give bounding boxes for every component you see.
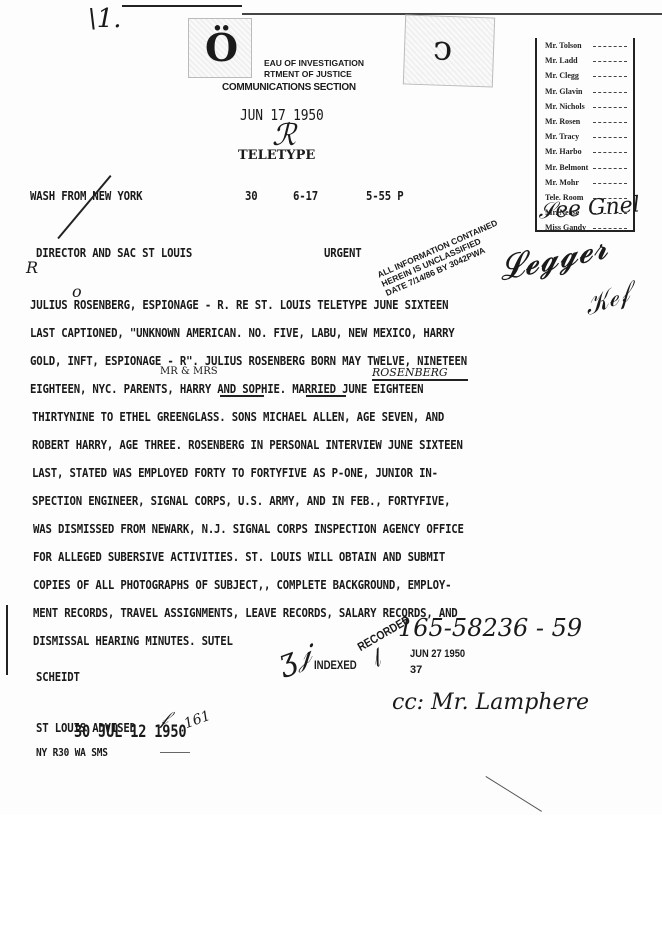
routing-row: Mr. Ladd	[537, 53, 633, 68]
handwritten-mark: ʒ𝒿	[273, 635, 316, 679]
indexed-number: 37	[410, 664, 422, 676]
body-line: COPIES OF ALL PHOTOGRAPHS OF SUBJECT,, C…	[33, 577, 451, 592]
body-line: WAS DISMISSED FROM NEWARK, N.J. SIGNAL C…	[33, 521, 464, 536]
slash-mark	[57, 175, 111, 239]
addressee: DIRECTOR AND SAC ST LOUIS	[36, 245, 192, 260]
body-line: EIGHTEEN, NYC. PARENTS, HARRY AND SOPHIE…	[30, 381, 423, 396]
stamp-glyph-icon: Ö	[205, 25, 238, 70]
handwritten-number: 161	[182, 708, 213, 732]
margin-bar	[6, 605, 8, 675]
message-time: 5-55 P	[366, 188, 403, 203]
body-line: DISMISSAL HEARING MINUTES. SUTEL	[33, 633, 233, 648]
parents-annotation: MR & MRS	[160, 366, 218, 377]
underline-sophie	[306, 395, 346, 397]
body-line: JULIUS ROSENBERG, ESPIONAGE - R. RE ST. …	[30, 297, 448, 312]
body-line: MENT RECORDS, TRAVEL ASSIGNMENTS, LEAVE …	[33, 605, 458, 620]
rosenberg-annotation: ROSENBERG	[372, 366, 448, 379]
routing-row: Mr. Belmont	[537, 160, 633, 175]
body-line: FOR ALLEGED SUBERSIVE ACTIVITIES. ST. LO…	[33, 549, 445, 564]
handwritten-initials: 𝒦ℯ𝒻	[580, 278, 634, 323]
bureau-name: EAU OF INVESTIGATION	[264, 58, 364, 68]
body-line: THIRTYNINE TO ETHEL GREENGLASS. SONS MIC…	[32, 409, 444, 424]
body-line: LAST, STATED WAS EMPLOYED FORTY TO FORTY…	[32, 465, 438, 480]
underline-rosenberg	[372, 379, 468, 381]
dash-mark	[160, 752, 190, 753]
routing-row: Mr. Nichols	[537, 99, 633, 114]
handwritten-mark: o	[72, 282, 82, 301]
indexed-date: JUN 27 1950	[410, 648, 465, 660]
body-line: LAST CAPTIONED, "UNKNOWN AMERICAN. NO. F…	[30, 325, 455, 340]
message-number: 30	[245, 188, 257, 203]
file-number: 165-58236 - 59	[398, 614, 582, 642]
top-rule	[122, 5, 242, 7]
priority: URGENT	[324, 245, 361, 260]
routing-row: Mr. Clegg	[537, 68, 633, 83]
signature: SCHEIDT	[36, 669, 80, 684]
advised-date-stamp: 30 JUL 12 1950	[74, 722, 186, 742]
cc-note: cc: Mr. Lamphere	[392, 690, 589, 715]
department-name: RTMENT OF JUSTICE	[264, 69, 352, 79]
route-line: WASH FROM NEW YORK	[30, 188, 142, 203]
stamp-glyph-icon: ↄ	[432, 28, 452, 69]
routing-row: Mr. Mohr	[537, 175, 633, 190]
routing-row: Mr. Tracy	[537, 129, 633, 144]
routing-code: NY R30 WA SMS	[36, 746, 108, 759]
handwritten-signature: 𝓛𝓮𝓰𝓰𝓮𝓻	[495, 227, 611, 289]
routing-row: Mr. Tolson	[537, 38, 633, 53]
top-rule-right	[242, 13, 662, 15]
routing-row: Mr. Harbo	[537, 144, 633, 159]
declassification-stamp: ALL INFORMATION CONTAINED HEREIN IS UNCL…	[376, 218, 507, 298]
corner-mark: \1.	[88, 4, 122, 34]
file-stamp-box: ↄ	[403, 14, 495, 87]
handwritten-mark: 𝓁	[365, 649, 387, 673]
teletype-label: TELETYPE	[238, 148, 315, 163]
body-line: ROBERT HARRY, AGE THREE. ROSENBERG IN PE…	[32, 437, 463, 452]
message-date: 6-17	[293, 188, 318, 203]
body-line: SPECTION ENGINEER, SIGNAL CORPS, U.S. AR…	[32, 493, 450, 508]
indexed-stamp: INDEXED	[314, 658, 357, 672]
routing-row: Mr. Glavin	[537, 84, 633, 99]
received-stamp-box: Ö	[188, 18, 252, 78]
underline-harry	[220, 395, 264, 397]
stray-pen-line	[485, 776, 542, 812]
routing-row: Mr. Rosen	[537, 114, 633, 129]
teletype-document: \1. Ö ↄ EAU OF INVESTIGATION RTMENT OF J…	[0, 0, 662, 815]
section-name: COMMUNICATIONS SECTION	[222, 82, 356, 93]
margin-initial: R	[26, 258, 38, 277]
